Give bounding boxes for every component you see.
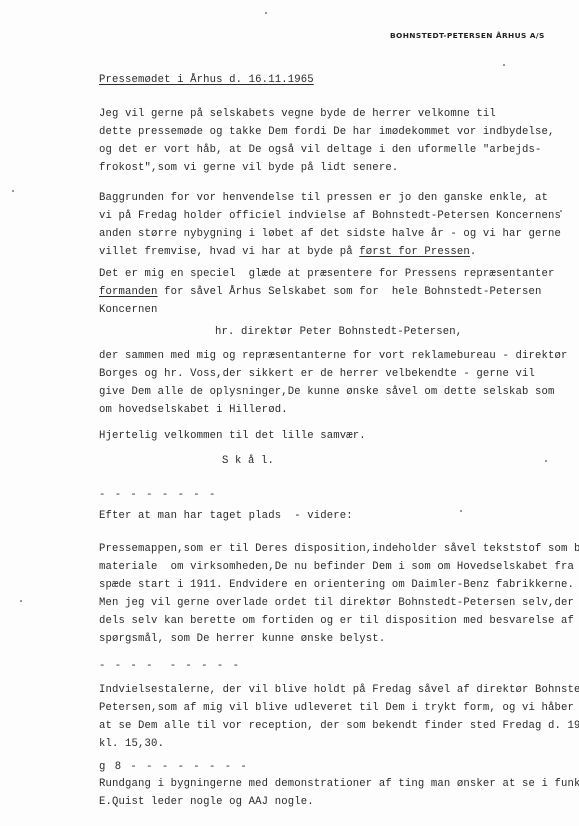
scan-speck xyxy=(460,510,462,512)
text-line: Baggrunden for vor henvendelse til press… xyxy=(99,192,548,205)
scan-speck xyxy=(545,460,547,462)
text-line: dels selv kan berette om fortiden og er … xyxy=(99,615,574,628)
text-line: give Dem alle de oplysninger,De kunne øn… xyxy=(99,386,555,399)
text-line: Petersen,som af mig vil blive udleveret … xyxy=(99,702,574,715)
section-intro-line: Efter at man har taget plads - videre: xyxy=(99,510,353,523)
text-line: Borges og hr. Voss,der sikkert er de her… xyxy=(99,368,535,381)
text-line: Rundgang i bygningerne med demonstration… xyxy=(99,778,579,791)
separator: - - - - - - - - - xyxy=(99,660,240,672)
text-line: Men jeg vil gerne overlade ordet til dir… xyxy=(99,597,574,610)
text-line: spørgsmål, som De herrer kunne ønske bel… xyxy=(99,633,385,646)
welcome-line: Hjertelig velkommen til det lille samvær… xyxy=(99,430,366,443)
text-line: vi på Fredag holder officiel indvielse a… xyxy=(99,210,561,223)
text-line: formanden for såvel Århus Selskabet som … xyxy=(99,286,542,299)
text-line: dette pressemøde og takke Dem fordi De h… xyxy=(99,126,555,139)
text-line: der sammen med mig og repræsentanterne f… xyxy=(99,350,568,363)
text-line: villet fremvise, hvad vi har at byde på … xyxy=(99,246,476,259)
separator: g 8 - - - - - - - - xyxy=(99,761,248,773)
text-line: anden større nybygning i løbet af det si… xyxy=(99,228,561,241)
underlined-phrase: først for Pressen xyxy=(359,246,470,258)
text-line: at se Dem alle til vor reception, der so… xyxy=(99,720,579,733)
text-line: Indvielsestalerne, der vil blive holdt p… xyxy=(99,684,579,697)
text-line: Det er mig en speciel glæde at præsenter… xyxy=(99,268,555,281)
document-title: Pressemødet i Århus d. 16.11.1965 xyxy=(99,74,314,87)
separator: - - - - - - - - xyxy=(99,489,217,501)
text-line: Jeg vil gerne på selskabets vegne byde d… xyxy=(99,108,496,121)
person-name-line: hr. direktør Peter Bohnstedt-Petersen, xyxy=(215,326,462,339)
text-line: E.Quist leder nogle og AAJ nogle. xyxy=(99,796,314,809)
text-segment: villet fremvise, hvad vi har at byde på xyxy=(99,246,359,258)
underlined-word: formanden xyxy=(99,286,158,298)
toast-line: S k å l. xyxy=(222,455,274,468)
typewritten-document-page: BOHNSTEDT-PETERSEN ÅRHUS A/S Pressemødet… xyxy=(0,0,579,826)
scan-speck xyxy=(265,12,267,14)
text-line: om hovedselskabet i Hillerød. xyxy=(99,404,288,417)
text-line: materiale om virksomheden,De nu befinder… xyxy=(99,561,579,574)
text-line: og det er vort håb, at De også vil delta… xyxy=(99,144,542,157)
text-line: Pressemappen,som er til Deres dispositio… xyxy=(99,543,579,556)
text-line: kl. 15,30. xyxy=(99,738,164,751)
letterhead: BOHNSTEDT-PETERSEN ÅRHUS A/S xyxy=(390,31,545,40)
text-segment: . xyxy=(470,246,477,258)
text-line: spæde start i 1911. Endvidere en oriente… xyxy=(99,579,574,592)
text-line: Koncernen xyxy=(99,304,158,317)
scan-speck xyxy=(20,600,22,602)
scan-speck xyxy=(12,190,14,192)
scan-speck xyxy=(503,64,505,66)
scan-speck xyxy=(560,210,562,212)
text-segment: for såvel Århus Selskabet som for hele B… xyxy=(158,286,542,298)
text-line: frokost",som vi gerne vil byde på lidt s… xyxy=(99,162,398,175)
